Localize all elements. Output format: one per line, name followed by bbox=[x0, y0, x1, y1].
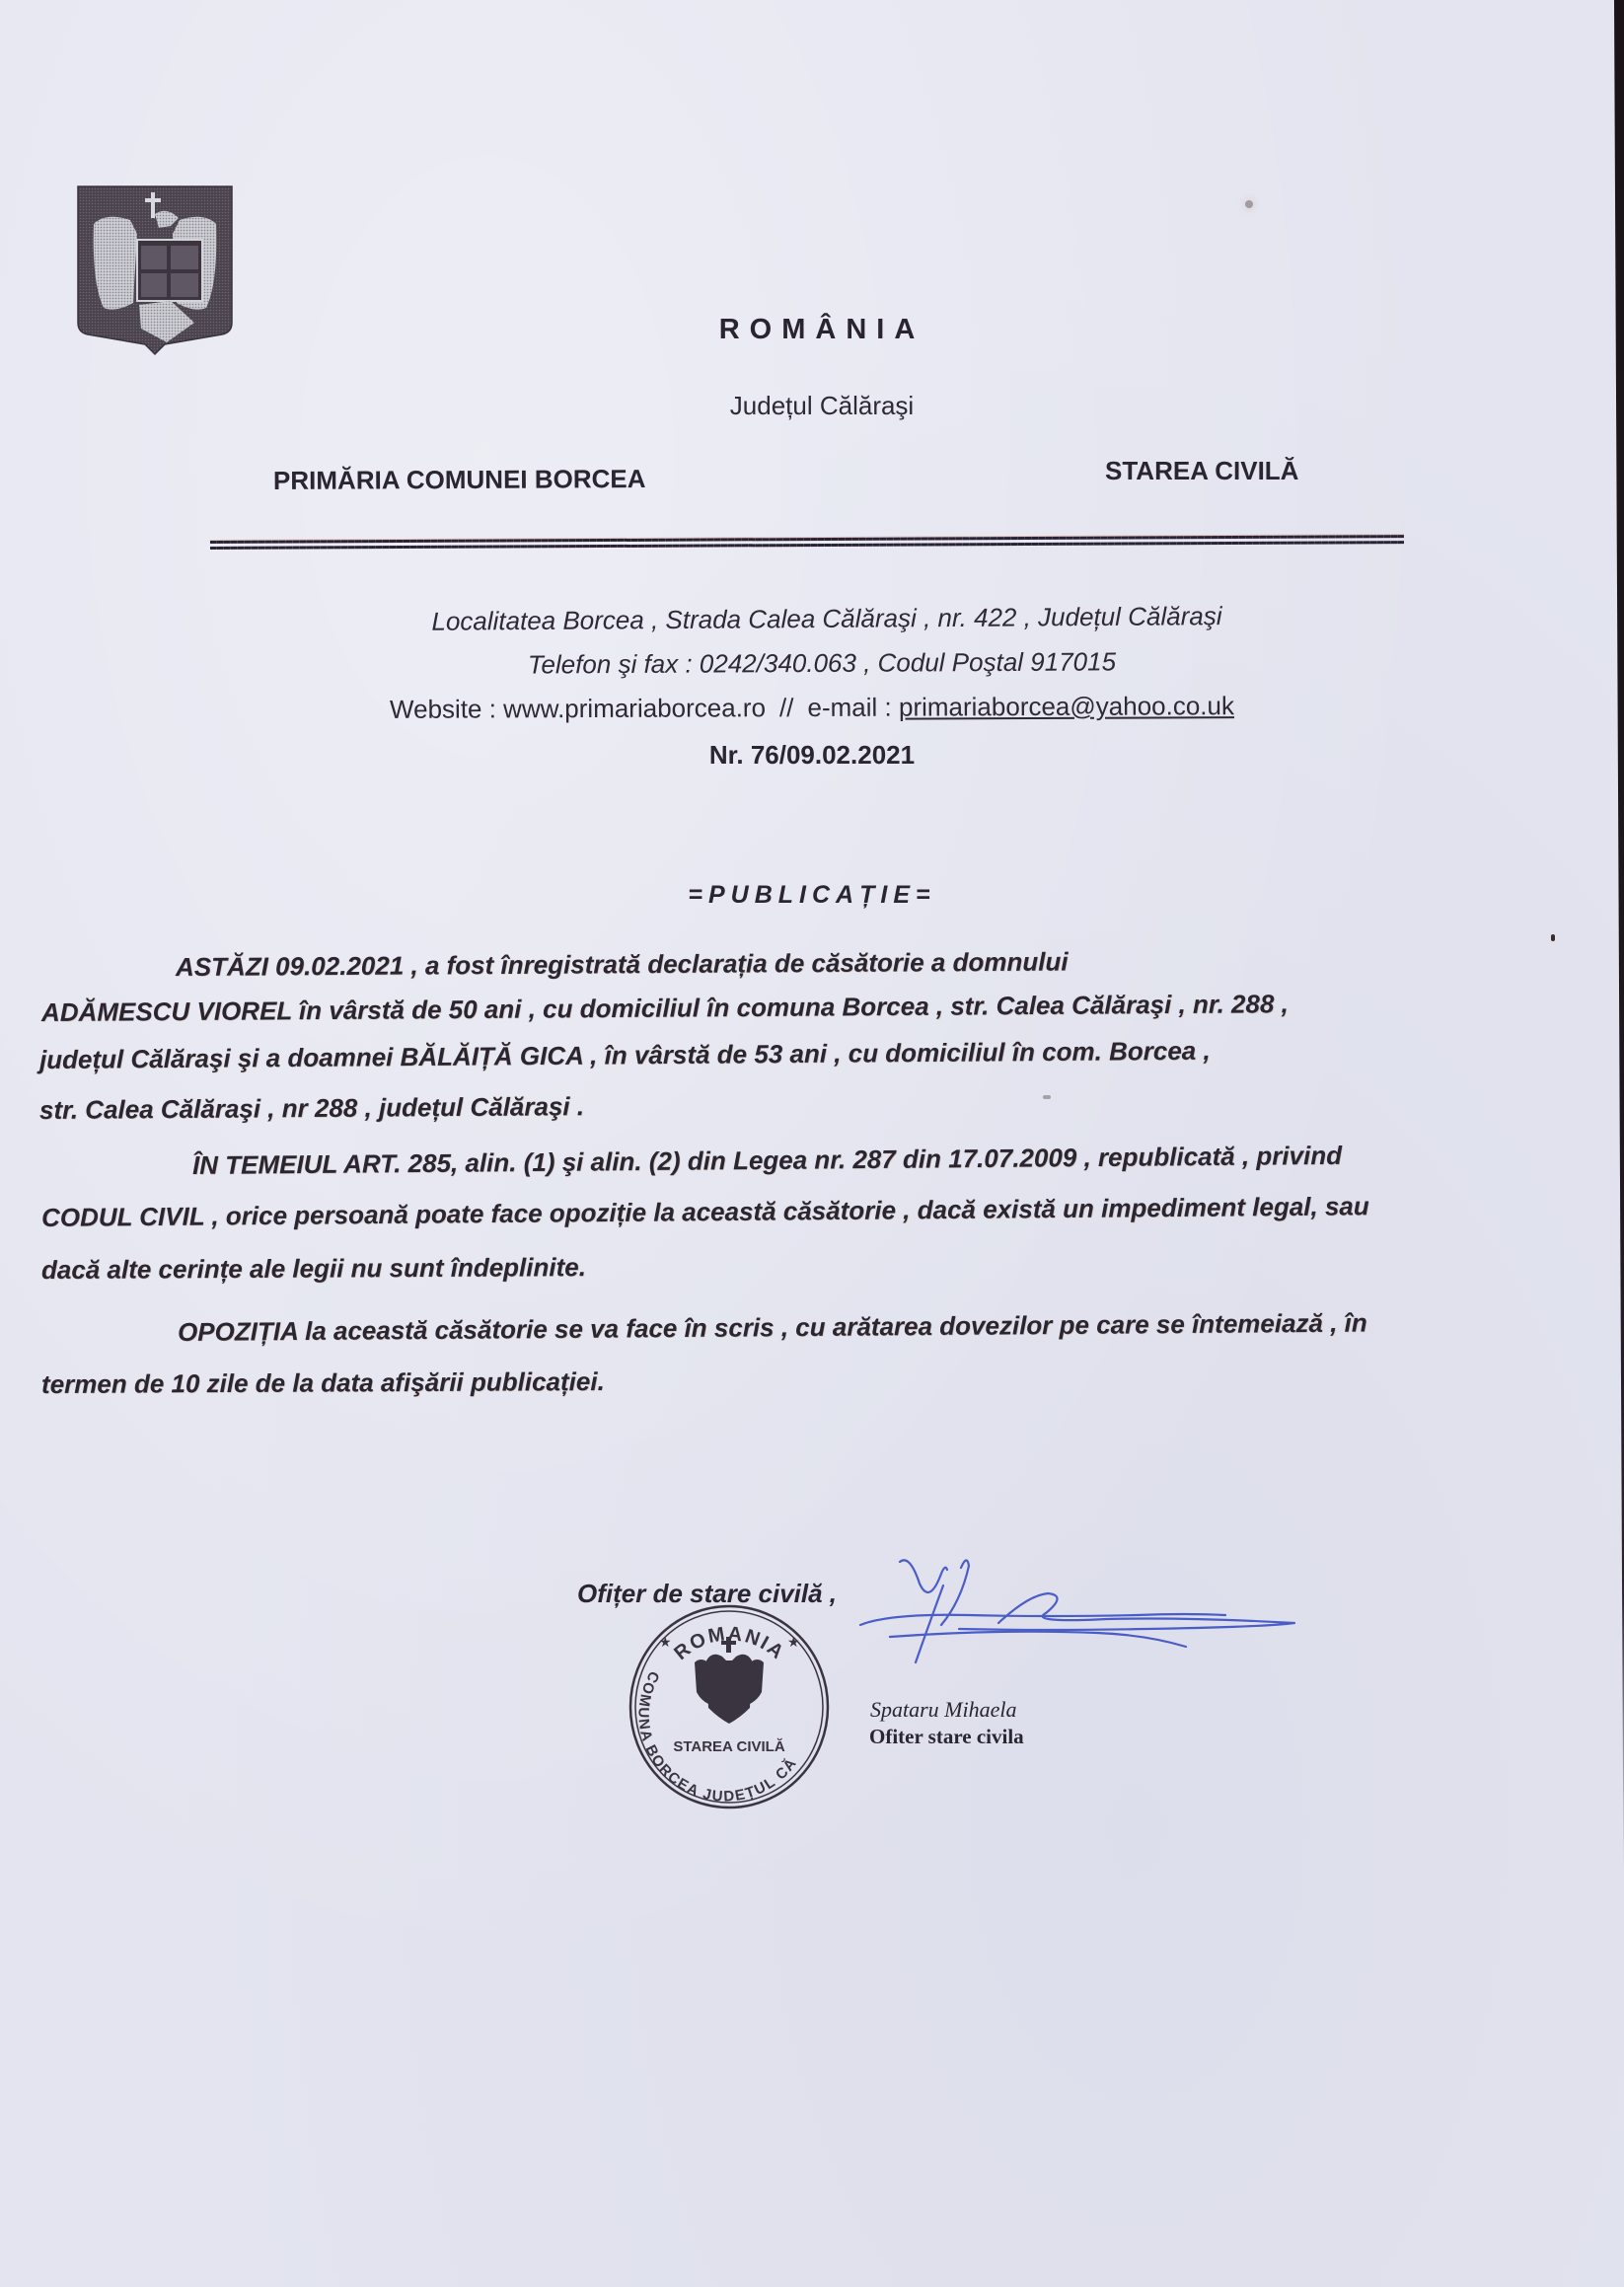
svg-text:★: ★ bbox=[659, 1634, 672, 1650]
official-stamp: ROMANIA ★ ★ COMUNA BORCEA JUDEȚUL CĂLĂRA… bbox=[624, 1601, 836, 1813]
email-label: e-mail : bbox=[807, 693, 891, 722]
paper-speck bbox=[1245, 200, 1253, 208]
paragraph-1-line: str. Calea Călăraşi , nr 288 , județul C… bbox=[39, 1091, 584, 1126]
signer-name: Spataru Mihaela bbox=[870, 1697, 1017, 1723]
separator: // bbox=[779, 693, 794, 722]
signer-title: Ofiter stare civila bbox=[869, 1725, 1024, 1749]
svg-text:★: ★ bbox=[787, 1634, 800, 1650]
department-name: STAREA CIVILĂ bbox=[1105, 456, 1298, 486]
county-heading: Județul Călăraşi bbox=[0, 391, 1624, 421]
paragraph-3-line: termen de 10 zile de la data afişării pu… bbox=[41, 1366, 605, 1400]
paragraph-2-line: dacă alte cerințe ale legii nu sunt înde… bbox=[41, 1252, 586, 1286]
handwritten-signature bbox=[850, 1544, 1304, 1682]
paper-speck bbox=[1551, 934, 1555, 941]
website-link[interactable]: Website : www.primariaborcea.ro bbox=[390, 693, 766, 724]
institution-name: PRIMĂRIA COMUNEI BORCEA bbox=[273, 464, 646, 496]
paper-speck bbox=[1043, 1095, 1051, 1099]
stamp-center-text: STAREA CIVILĂ bbox=[673, 1738, 785, 1755]
paragraph-1-line: ASTĂZI 09.02.2021 , a fost înregistrată … bbox=[176, 946, 1069, 983]
email-link[interactable]: primariaborcea@yahoo.co.uk bbox=[899, 691, 1234, 721]
country-heading: ROMÂNIA bbox=[0, 314, 1624, 346]
reference-number: Nr. 76/09.02.2021 bbox=[0, 740, 1624, 771]
publication-title: =PUBLICAȚIE= bbox=[0, 881, 1624, 910]
